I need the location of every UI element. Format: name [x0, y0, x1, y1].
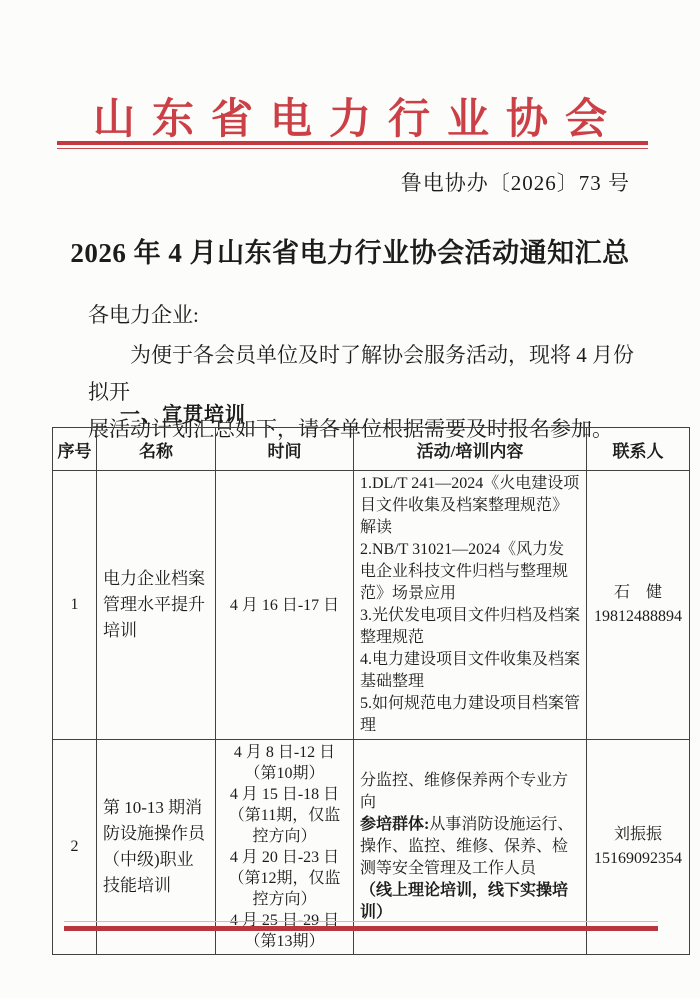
header-cell-contact: 联系人	[587, 428, 690, 471]
contact-phone: 19812488894	[593, 605, 683, 629]
time-line: （第11期，仅监控方向）	[222, 805, 347, 847]
doc-number: 鲁电协办〔2026〕73 号	[401, 167, 630, 197]
document-page: 山东省电力行业协会 鲁电协办〔2026〕73 号 2026 年 4 月山东省电力…	[0, 0, 700, 998]
row1-number: 1	[53, 471, 97, 740]
time-line: 4 月 8 日-12 日	[222, 742, 347, 763]
time-line: 4 月 20 日-23 日	[222, 847, 347, 868]
header-rule-thin	[57, 148, 648, 149]
salutation: 各电力企业:	[88, 299, 199, 329]
row2-contact: 刘振振 15169092354	[587, 740, 690, 955]
content-note: （线上理论培训，线下实操培训）	[360, 880, 580, 924]
header-cell-time: 时间	[216, 428, 354, 471]
content-direction: 分监控、维修保养两个专业方向	[360, 770, 580, 814]
content-group: 参培群体:从事消防设施运行、操作、监控、维修、保养、检测等安全管理及工作人员	[360, 814, 580, 880]
content-group-label: 参培群体:	[360, 816, 429, 833]
contact-name: 刘振振	[593, 823, 683, 847]
section-heading: 一、宣贯培训	[120, 398, 246, 427]
row2-activity-time: 4 月 8 日-12 日 （第10期） 4 月 15 日-18 日 （第11期，…	[216, 740, 354, 955]
table-header-row: 序号 名称 时间 活动/培训内容 联系人	[53, 428, 690, 471]
table-row: 1 电力企业档案管理水平提升培训 4 月 16 日-17 日 1.DL/T 24…	[53, 471, 690, 740]
table-row: 2 第 10-13 期消防设施操作员（中级)职业技能培训 4 月 8 日-12 …	[53, 740, 690, 955]
content-item: 1.DL/T 241—2024《火电建设项目文件收集及档案整理规范》解读	[360, 473, 580, 539]
time-line: 4 月 15 日-18 日	[222, 784, 347, 805]
header-cell-content: 活动/培训内容	[354, 428, 587, 471]
header-cell-no: 序号	[53, 428, 97, 471]
content-item: 5.如何规范电力建设项目档案管理	[360, 693, 580, 737]
footer-rule-thin	[64, 921, 658, 922]
org-title: 山东省电力行业协会	[0, 86, 700, 146]
row1-activity-content: 1.DL/T 241—2024《火电建设项目文件收集及档案整理规范》解读 2.N…	[354, 471, 587, 740]
time-line: （第10期）	[222, 763, 347, 784]
contact-name: 石 健	[593, 581, 683, 605]
content-item: 2.NB/T 31021—2024《风力发电企业科技文件归档与整理规范》场景应用	[360, 539, 580, 605]
activities-table: 序号 名称 时间 活动/培训内容 联系人 1 电力企业档案管理水平提升培训 4 …	[52, 427, 690, 955]
content-item: 4.电力建设项目文件收集及档案基础整理	[360, 649, 580, 693]
row1-contact: 石 健 19812488894	[587, 471, 690, 740]
row2-activity-content: 分监控、维修保养两个专业方向 参培群体:从事消防设施运行、操作、监控、维修、保养…	[354, 740, 587, 955]
header-cell-name: 名称	[97, 428, 216, 471]
time-line: （第13期）	[222, 931, 347, 952]
row1-activity-name: 电力企业档案管理水平提升培训	[97, 471, 216, 740]
document-title: 2026 年 4 月山东省电力行业协会活动通知汇总	[0, 231, 700, 270]
row2-activity-name: 第 10-13 期消防设施操作员（中级)职业技能培训	[97, 740, 216, 955]
time-line: （第12期，仅监控方向）	[222, 868, 347, 910]
row2-number: 2	[53, 740, 97, 955]
row1-activity-time: 4 月 16 日-17 日	[216, 471, 354, 740]
contact-phone: 15169092354	[593, 847, 683, 871]
content-item: 3.光伏发电项目文件归档及档案整理规范	[360, 605, 580, 649]
header-rule-thick	[57, 141, 648, 145]
footer-rule-thick	[64, 926, 658, 931]
